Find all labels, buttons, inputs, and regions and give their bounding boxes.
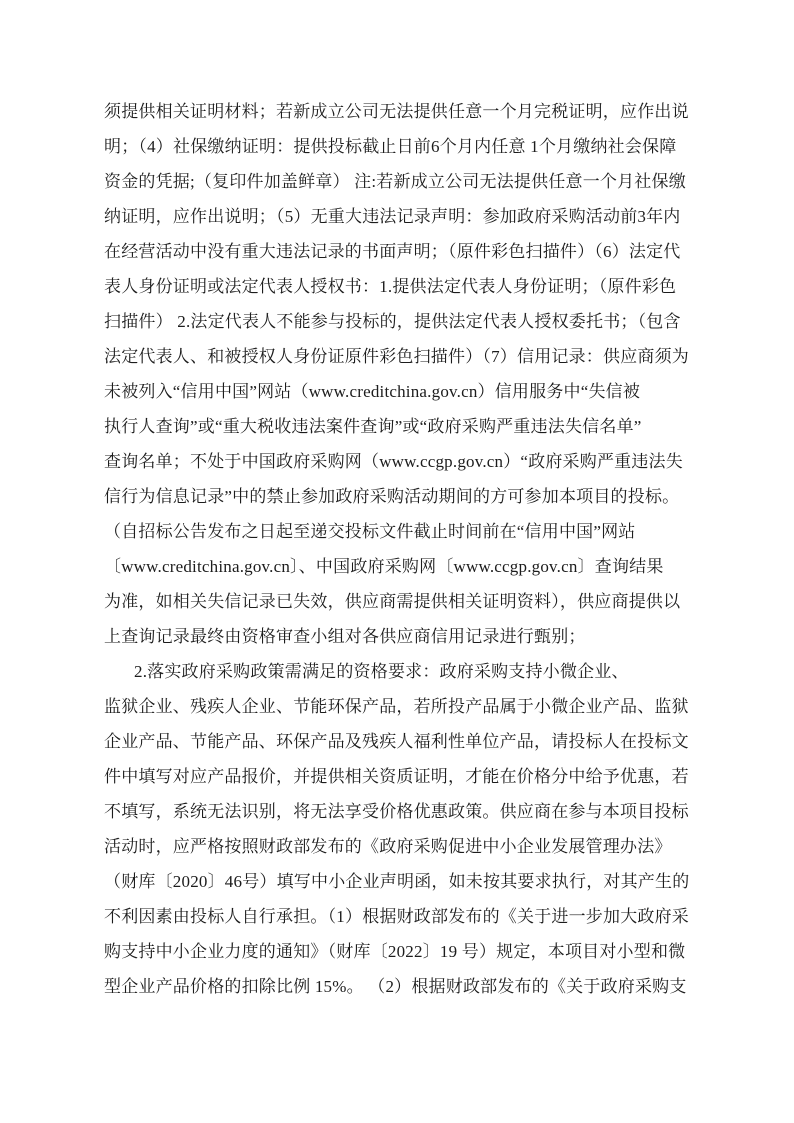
text-line: 件中填写对应产品报价，并提供相关资质证明，才能在价格分中给予优惠，若 [104, 759, 716, 794]
text-line: 活动时，应严格按照财政部发布的《政府采购促进中小企业发展管理办法》 [104, 829, 716, 864]
text-line: 执行人查询”或“重大税收违法案件查询”或“政府采购严重违法失信名单” [104, 409, 716, 444]
text-line: 查询名单；不处于中国政府采购网（www.ccgp.gov.cn）“政府采购严重违… [104, 444, 716, 479]
body-text: 须提供相关证明材料；若新成立公司无法提供任意一个月完税证明，应作出说 明；（4）… [104, 94, 716, 1004]
text-line: 购支持中小企业力度的通知》（财库〔2022〕19 号）规定，本项目对小型和微 [104, 934, 716, 969]
text-line: 未被列入“信用中国”网站（www.creditchina.gov.cn）信用服务… [104, 374, 716, 409]
text-line: 企业产品、节能产品、环保产品及残疾人福利性单位产品，请投标人在投标文 [104, 724, 716, 759]
text-line: 上查询记录最终由资格审查小组对各供应商信用记录进行甄别； [104, 619, 716, 654]
text-line: 监狱企业、残疾人企业、节能环保产品，若所投产品属于小微企业产品、监狱 [104, 689, 716, 724]
text-line-paragraph-start: 2.落实政府采购政策需满足的资格要求：政府采购支持小微企业、 [104, 654, 716, 689]
text-line: 须提供相关证明材料；若新成立公司无法提供任意一个月完税证明，应作出说 [104, 94, 716, 129]
text-line: 型企业产品价格的扣除比例 15%。 （2）根据财政部发布的《关于政府采购支 [104, 969, 716, 1004]
text-line: 表人身份证明或法定代表人授权书：1.提供法定代表人身份证明；（原件彩色 [104, 269, 716, 304]
text-line: 〔www.creditchina.gov.cn〕、中国政府采购网〔www.ccg… [104, 549, 716, 584]
text-line: （自招标公告发布之日起至递交投标文件截止时间前在“信用中国”网站 [104, 514, 716, 549]
text-line: 在经营活动中没有重大违法记录的书面声明；（原件彩色扫描件）（6）法定代 [104, 234, 716, 269]
text-line: 信行为信息记录”中的禁止参加政府采购活动期间的方可参加本项目的投标。 [104, 479, 716, 514]
text-line: 资金的凭据;（复印件加盖鲜章） 注:若新成立公司无法提供任意一个月社保缴 [104, 164, 716, 199]
text-line: 不填写，系统无法识别，将无法享受价格优惠政策。供应商在参与本项目投标 [104, 794, 716, 829]
text-line: 扫描件） 2.法定代表人不能参与投标的，提供法定代表人授权委托书；（包含 [104, 304, 716, 339]
text-line: 为准，如相关失信记录已失效，供应商需提供相关证明资料），供应商提供以 [104, 584, 716, 619]
document-page: 须提供相关证明材料；若新成立公司无法提供任意一个月完税证明，应作出说 明；（4）… [0, 0, 794, 1123]
text-line: （财库〔2020〕46号）填写中小企业声明函，如未按其要求执行，对其产生的 [104, 864, 716, 899]
text-line: 法定代表人、和被授权人身份证原件彩色扫描件）（7）信用记录：供应商须为 [104, 339, 716, 374]
text-line: 不利因素由投标人自行承担。（1）根据财政部发布的《关于进一步加大政府采 [104, 899, 716, 934]
text-line: 明；（4）社保缴纳证明：提供投标截止日前6个月内任意 1个月缴纳社会保障 [104, 129, 716, 164]
text-line: 纳证明，应作出说明；（5）无重大违法记录声明：参加政府采购活动前3年内 [104, 199, 716, 234]
